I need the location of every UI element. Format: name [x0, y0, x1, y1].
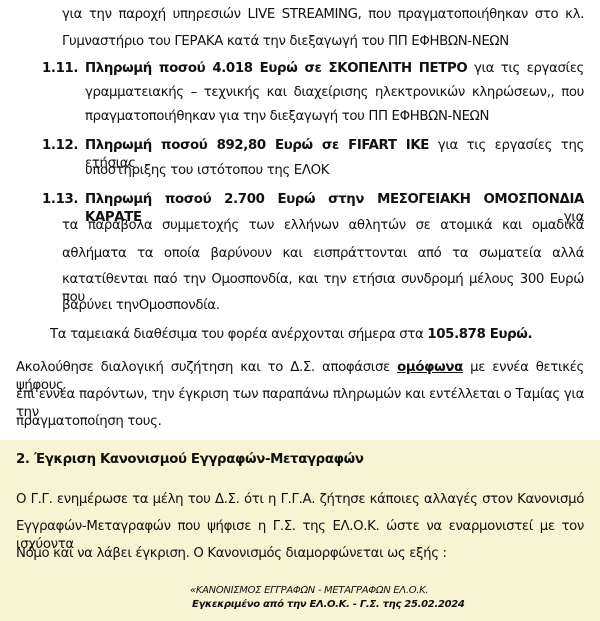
payment-summary: Πληρωμή ποσού 4.018 Ευρώ σε ΣΚΟΠΕΛΙΤΗ ΠΕ…	[85, 61, 467, 76]
cash-balance-text: Τα ταμειακά διαθέσιμα του φορέα ανέρχοντ…	[50, 327, 423, 342]
regulation-title: «ΚΑΝΟΝΙΣΜΟΣ ΕΓΓΡΑΦΩΝ - ΜΕΤΑΓΡΑΦΩΝ ΕΛ.Ο.Κ…	[190, 584, 428, 597]
payment-item-1-11-line-3: πραγματοποιήθηκαν για την διεξαγωγή του …	[85, 108, 489, 126]
decision-line-3: πραγματοποίηση τους.	[16, 413, 161, 431]
payment-description: για τις εργασίες	[474, 61, 584, 76]
item-1-10-continuation-line-2: Γυμναστήριο του ΓΕΡΑΚΑ κατά την διεξαγωγ…	[62, 33, 509, 51]
section-2-heading: 2. Έγκριση Κανονισμού Εγγραφών-Μεταγραφώ…	[16, 451, 364, 469]
item-number: 1.13.	[42, 191, 78, 209]
payment-item-1-13-line-3: αθλήματα τα οποία βαρύνουν και εισπράττο…	[62, 245, 584, 263]
section-2-paragraph-line-1: Ο Γ.Γ. ενημέρωσε τα μέλη του Δ.Σ. ότι η …	[16, 491, 584, 509]
regulation-approval-note: Εγκεκριμένο από την ΕΛ.Ο.Κ. - Γ.Σ. της 2…	[192, 598, 465, 611]
cash-balance-amount: 105.878 Ευρώ.	[427, 327, 532, 342]
section-2-paragraph-line-3: Νόμο και να λάβει έγκριση. Ο Κανονισμός …	[16, 545, 447, 563]
unanimous-emphasis: ομόφωνα	[397, 360, 463, 375]
payment-item-1-11-line-2: γραμματειακής – τεχνικής και διαχείρισης…	[85, 84, 584, 102]
decision-text: Ακολούθησε διαλογική συζήτηση και το Δ.Σ…	[16, 360, 390, 375]
payment-item-1-13-line-5: βαρύνει τηνΟμοσπονδία.	[62, 297, 220, 315]
cash-balance: Τα ταμειακά διαθέσιμα του φορέα ανέρχοντ…	[50, 326, 532, 344]
payment-item-1-13-line-2: τα παράβολα συμμετοχής των ελλήνων αθλητ…	[62, 217, 584, 235]
payment-summary: Πληρωμή ποσού 892,80 Ευρώ σε FIFART ΙΚΕ	[85, 138, 429, 153]
item-number: 1.11.	[42, 60, 78, 78]
item-1-10-continuation-line-1: για την παροχή υπηρεσιών LIVE STREAMING,…	[62, 6, 584, 24]
payment-item-1-11: Πληρωμή ποσού 4.018 Ευρώ σε ΣΚΟΠΕΛΙΤΗ ΠΕ…	[85, 60, 584, 78]
payment-item-1-12-line-2: υποστήριξης του ιστότοπου της ΕΛΟΚ	[85, 162, 329, 180]
item-number: 1.12.	[42, 137, 78, 155]
